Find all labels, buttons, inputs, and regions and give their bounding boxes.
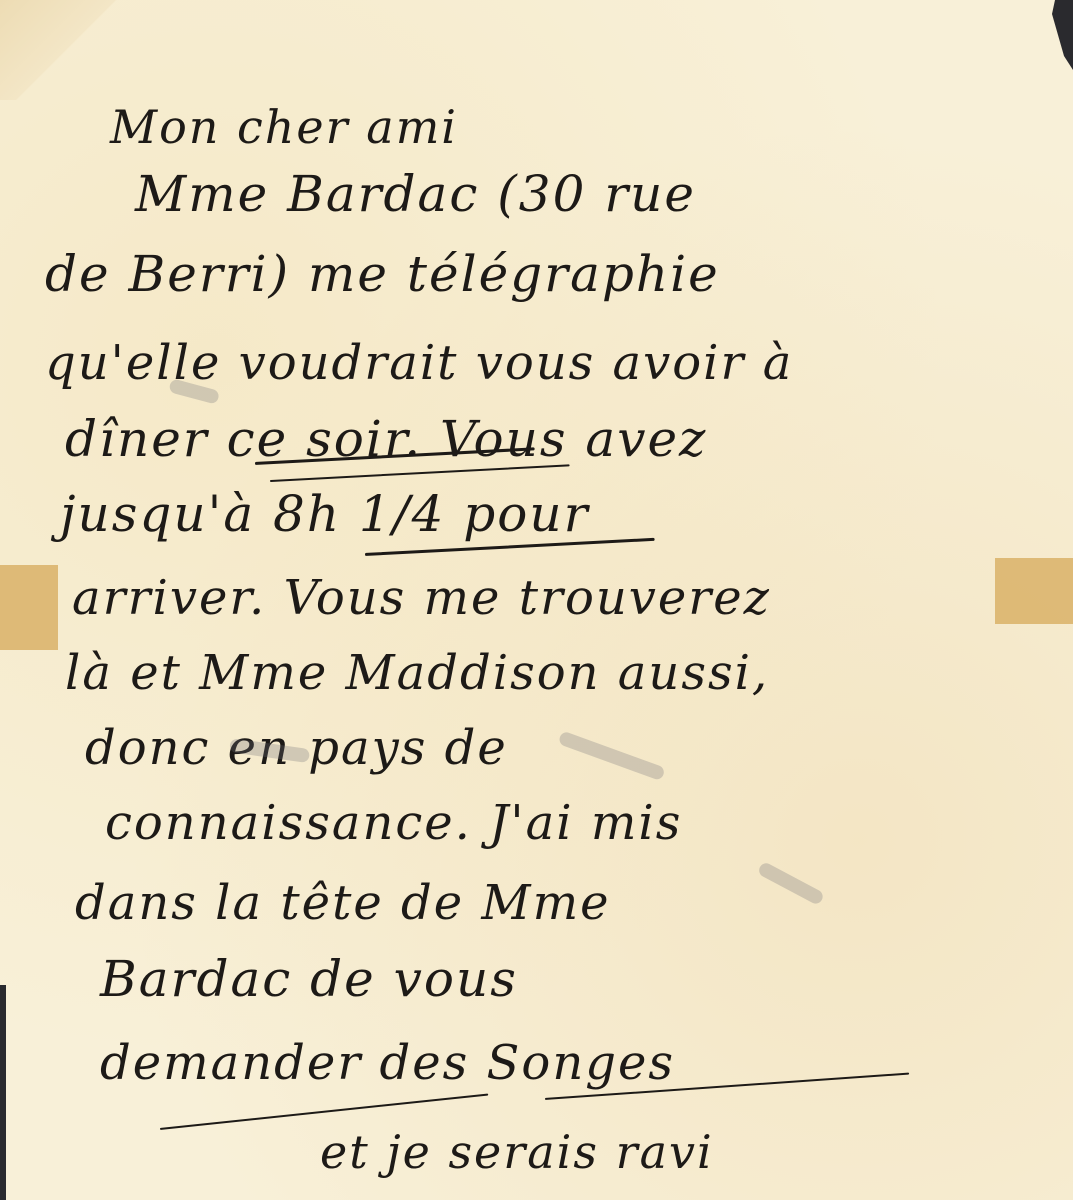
- tape-strip-left: [0, 565, 58, 650]
- letter-line: arriver. Vous me trouverez: [72, 570, 771, 626]
- letter-line: dans la tête de Mme: [75, 875, 610, 931]
- ink-smudge: [757, 861, 825, 906]
- torn-corner: [1043, 0, 1073, 70]
- letter-line: dîner ce soir. Vous avez: [65, 410, 707, 468]
- background-edge: [0, 985, 6, 1200]
- letter-line: Mme Bardac (30 rue: [135, 165, 696, 223]
- letter-line: et je serais ravi: [320, 1125, 714, 1179]
- salutation: Mon cher ami: [110, 100, 458, 154]
- tape-strip-right: [995, 558, 1073, 624]
- folded-corner: [0, 0, 130, 100]
- letter-line: Bardac de vous: [100, 950, 518, 1008]
- letter-line: de Berri) me télégraphie: [45, 245, 720, 303]
- letter-line: connaissance. J'ai mis: [105, 795, 682, 851]
- ink-smudge: [558, 730, 666, 781]
- letter-line: demander des Songes: [100, 1035, 675, 1091]
- letter-line: jusqu'à 8h 1/4 pour: [60, 485, 590, 543]
- letter-line: qu'elle voudrait vous avoir à: [45, 335, 793, 391]
- letter-line: là et Mme Maddison aussi,: [65, 645, 769, 701]
- letter-paper: Mon cher ami Mme Bardac (30 rue de Berri…: [0, 0, 1073, 1200]
